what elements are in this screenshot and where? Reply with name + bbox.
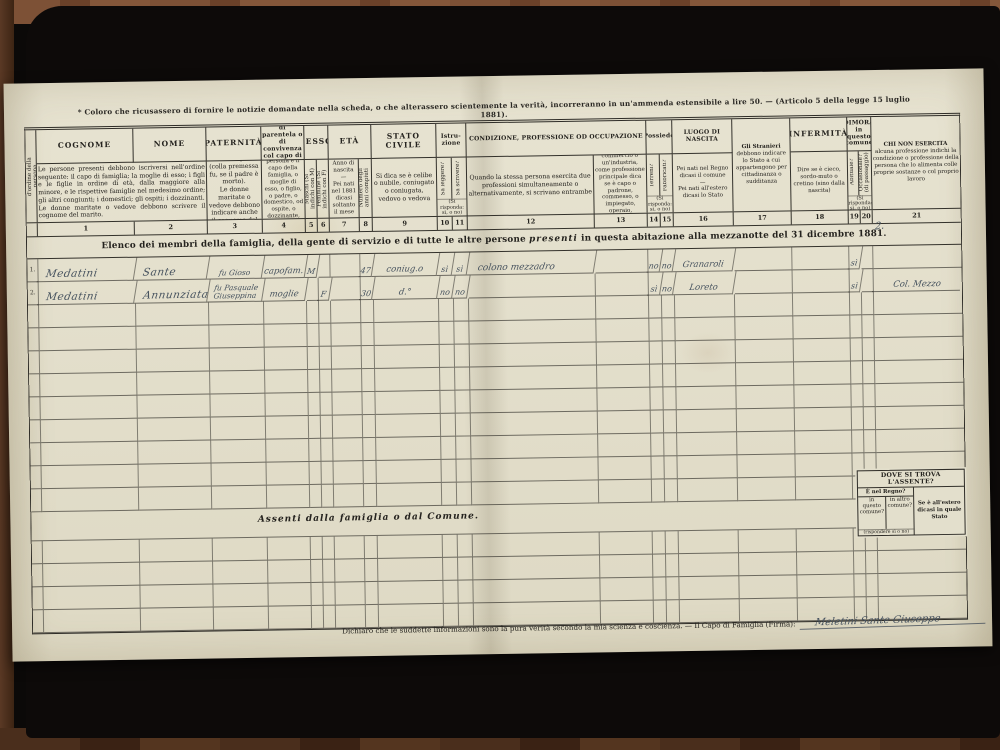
cell-paternita — [213, 561, 268, 585]
dimora-subcolumns: Abituale? Occasionale? (di passaggio) (S… — [848, 151, 873, 209]
cell-f — [319, 301, 331, 324]
cell-fabbricati — [662, 295, 675, 318]
cell-infermita — [796, 476, 853, 500]
cell-anni — [365, 536, 378, 559]
cell-chi — [875, 337, 963, 361]
cell-anno — [332, 369, 362, 392]
eta-anni-compiuti: Numero degli anni compiuti — [359, 159, 373, 217]
cell-terreni — [651, 433, 664, 456]
cell-anni — [365, 582, 378, 605]
cell-condizione — [470, 388, 597, 413]
cell-chi — [878, 550, 966, 574]
cell-scrivere — [457, 482, 472, 505]
cell-relazione — [264, 324, 307, 348]
cell-nome — [139, 487, 212, 511]
cell-condizione — [470, 342, 597, 367]
cell-m — [308, 370, 320, 393]
cell-relazione — [268, 560, 311, 584]
cell-infermita — [793, 292, 850, 316]
column-number: 6 — [318, 219, 330, 232]
cell-abituale — [851, 361, 863, 384]
cell-scrivere — [455, 367, 470, 390]
cell-m — [311, 537, 323, 560]
census-form-sheet: * Coloro che ricusassero di fornire le n… — [4, 68, 993, 661]
cell-persona — [597, 388, 650, 412]
cell-infermita — [794, 384, 851, 408]
cell-infermita — [792, 246, 849, 270]
cell-scrivere — [454, 298, 469, 321]
cell-stato — [375, 345, 440, 369]
cell-fabbricati — [665, 479, 678, 502]
cell-chi — [874, 291, 962, 315]
cell-stranieri — [737, 454, 795, 478]
cell-anni — [364, 484, 377, 507]
cell-anno — [335, 559, 365, 582]
cell-condizione — [473, 555, 600, 580]
column-number — [27, 223, 38, 236]
cell-infermita — [795, 430, 852, 454]
cell-f — [319, 324, 331, 347]
cell-persona — [595, 250, 648, 274]
cell-m — [311, 583, 323, 606]
cell-infermita — [795, 453, 852, 477]
cell-n — [32, 541, 43, 564]
cell-nome — [137, 395, 210, 419]
table-header: Numero d'ordine della persona COGNOME NO… — [25, 116, 960, 223]
cell-n — [28, 305, 39, 328]
cell-fabbricati — [662, 318, 675, 341]
cell-stato — [374, 299, 439, 323]
cell-leggere — [439, 299, 454, 322]
in-questo-comune: in questo comune? — [858, 497, 887, 529]
cell-anni — [362, 392, 375, 415]
cell-stranieri — [735, 293, 793, 317]
cell-persona — [597, 365, 650, 389]
cell-infermita — [797, 574, 854, 598]
cell-terreni — [650, 387, 663, 410]
cell-f — [323, 560, 335, 583]
cell-f — [320, 370, 332, 393]
cell-paternita — [211, 417, 266, 441]
cell-stranieri — [734, 247, 792, 271]
cell-m — [308, 393, 320, 416]
cell-f — [320, 393, 332, 416]
column-number: 15 — [661, 213, 674, 226]
cell-luogo — [675, 317, 735, 341]
cell-relazione — [268, 583, 311, 607]
dimora-occasionale: Occasionale? (di passaggio) — [859, 151, 871, 195]
cell-luogo — [677, 432, 737, 456]
cell-scrivere — [458, 534, 473, 557]
cell-stato — [377, 483, 442, 507]
cell-occasionale — [866, 574, 878, 597]
cognome-nome-instructions: Le persone presenti debbono iscriversi n… — [37, 162, 208, 223]
cell-anno — [333, 415, 363, 438]
cell-luogo — [676, 386, 736, 410]
cell-stato — [378, 581, 443, 605]
sa-scrivere: Sa scrivere? — [452, 157, 467, 198]
presenti-rows: 1.MedatiniSantefu Giosocapofam.M47coniug… — [27, 245, 965, 513]
cell-n — [32, 564, 43, 587]
cell-scrivere — [458, 580, 473, 603]
cell-terreni — [651, 410, 664, 433]
cell-abituale — [852, 407, 864, 430]
cell-anno — [335, 582, 365, 605]
cell-luogo — [679, 576, 739, 600]
col-stranieri: Gli Stranieri debbono indicare lo Stato … — [732, 118, 791, 211]
column-number: 11 — [453, 216, 468, 229]
cell-condizione: colono mezzadro — [467, 250, 598, 275]
cell-n — [31, 489, 42, 512]
cell-persona — [598, 411, 651, 435]
cell-n — [32, 587, 43, 610]
cell-anno — [333, 461, 363, 484]
cell-cognome — [43, 540, 140, 565]
cell-anno — [331, 277, 361, 300]
cell-relazione — [269, 606, 312, 630]
sa-leggere: Sa leggere? — [437, 158, 453, 199]
cell-n — [28, 328, 39, 351]
possiede-terreni: Terreni? — [647, 154, 661, 195]
col-condizione-label: CONDIZIONE, PROFESSIONE OD OCCUPAZIONE — [466, 121, 647, 158]
cell-terreni — [652, 479, 665, 502]
cell-stato: coniug.o — [372, 253, 441, 277]
cell-m — [312, 606, 324, 629]
cell-luogo — [676, 340, 736, 364]
paternita-instructions: Si indichi il nome del padre (colla prem… — [207, 161, 263, 220]
cell-infermita — [797, 528, 854, 552]
cell-leggere — [440, 368, 455, 391]
cell-f — [324, 606, 336, 629]
cell-infermita — [795, 407, 852, 431]
cell-nome: Annunziata — [134, 280, 211, 304]
cell-chi — [875, 360, 963, 384]
column-number: 19 — [849, 210, 861, 223]
cell-fabbricati — [663, 341, 676, 364]
cell-infermita — [794, 361, 851, 385]
cell-m — [309, 416, 321, 439]
cell-nome: Sante — [134, 257, 211, 281]
cell-paternita — [210, 394, 265, 418]
cell-leggere — [441, 414, 456, 437]
cell-nome — [140, 584, 213, 608]
cell-leggere — [443, 558, 458, 581]
cell-infermita — [794, 338, 851, 362]
cell-stranieri — [737, 431, 795, 455]
cell-paternita — [209, 302, 264, 326]
cell-anni — [363, 438, 376, 461]
cell-m — [310, 485, 322, 508]
cell-n — [29, 374, 40, 397]
cell-scrivere — [455, 344, 470, 367]
cell-relazione: capofam. — [262, 255, 309, 279]
cell-paternita — [210, 371, 265, 395]
cell-anni — [361, 300, 374, 323]
cell-anno — [330, 254, 360, 277]
cell-n — [29, 351, 40, 374]
estero-label: Se è all'estero dicasi in quale Stato — [914, 487, 965, 535]
cell-f — [323, 537, 335, 560]
cell-n — [30, 420, 41, 443]
cell-cognome — [42, 488, 139, 513]
col-nome-label: NOME — [133, 128, 207, 163]
cell-anno — [331, 323, 361, 346]
col-dimora-label: DIMORA in questo comune — [847, 117, 872, 151]
cell-anni — [362, 346, 375, 369]
cell-stato — [376, 460, 441, 484]
cell-anni — [365, 559, 378, 582]
cell-occasionale — [863, 361, 875, 384]
cell-nome — [140, 562, 213, 586]
cell-stranieri — [737, 408, 795, 432]
cell-cognome — [40, 350, 137, 375]
col-sesso-label: SESSO — [304, 126, 329, 160]
cell-fabbricati — [666, 577, 679, 600]
sesso-femmine: Femmine (Si indichi con F) — [317, 160, 330, 218]
cell-stranieri — [735, 316, 793, 340]
cell-leggere — [441, 460, 456, 483]
col-cognome-label: COGNOME — [36, 129, 134, 165]
cell-condizione — [469, 296, 596, 321]
cell-relazione — [267, 462, 310, 486]
cell-stranieri — [739, 575, 797, 599]
condizione-instructions: Quando la stessa persona esercita due pr… — [467, 155, 595, 215]
col-possiede-label: Possiede — [646, 120, 673, 154]
cell-anni — [363, 461, 376, 484]
cell-nome — [138, 441, 211, 465]
cell-occasionale — [866, 551, 878, 574]
cell-occasionale — [862, 292, 874, 315]
dove-si-trova-assente-box: DOVE SI TROVA L'ASSENTE? È nel Regno? in… — [857, 469, 966, 537]
cell-anni — [363, 415, 376, 438]
cell-persona — [596, 319, 649, 343]
cell-luogo — [675, 294, 735, 318]
cell-abituale — [850, 292, 862, 315]
cell-cognome — [39, 327, 136, 352]
cell-paternita — [212, 463, 267, 487]
cell-n — [30, 443, 41, 466]
cell-cognome: Medatini — [37, 258, 138, 283]
cell-infermita — [793, 269, 850, 293]
cell-f — [321, 439, 333, 462]
cell-cognome — [41, 442, 138, 467]
column-number: 3 — [208, 220, 263, 234]
cell-persona — [600, 578, 653, 602]
cell-chi — [873, 245, 961, 269]
sesso-maschi: Maschi (Si indichi con M) — [305, 160, 318, 218]
cell-scrivere — [456, 413, 471, 436]
cell-chi: Col. Mezzo — [872, 268, 964, 292]
cell-chi — [876, 406, 964, 430]
cell-infermita — [797, 551, 854, 575]
cell-relazione — [266, 416, 309, 440]
relazione-instructions: Dicasi se la persona è il capo della fam… — [262, 160, 306, 219]
cell-fabbricati — [664, 410, 677, 433]
cell-fabbricati — [666, 554, 679, 577]
cell-paternita — [211, 440, 266, 464]
cell-occasionale — [864, 430, 876, 453]
cell-relazione — [265, 393, 308, 417]
cell-relazione — [266, 439, 309, 463]
census-table: Numero d'ordine della persona COGNOME NO… — [24, 113, 968, 635]
eta-anno-nascita: Anno di nascita — Pei nati nel 1881 dica… — [329, 159, 360, 217]
cell-m — [311, 560, 323, 583]
cell-abituale — [851, 338, 863, 361]
col-istruzione-label: Istru- zione — [436, 123, 467, 157]
cell-paternita — [214, 607, 269, 631]
cell-occasionale — [862, 315, 874, 338]
cell-persona — [599, 480, 652, 504]
cell-condizione — [471, 411, 598, 436]
cell-scrivere — [458, 557, 473, 580]
cell-chi — [875, 383, 963, 407]
cell-anno — [332, 346, 362, 369]
cell-stranieri — [736, 339, 794, 363]
col-eta-label: ETÀ — [328, 125, 372, 160]
column-number: 14 — [648, 213, 661, 226]
cell-terreni — [650, 341, 663, 364]
cell-luogo — [679, 530, 739, 554]
cell-m — [309, 439, 321, 462]
cell-stranieri — [739, 529, 797, 553]
cell-condizione — [472, 480, 599, 505]
cell-leggere — [442, 483, 457, 506]
col-luogo-nascita-label: LUOGO DI NASCITA — [672, 119, 733, 154]
cell-luogo — [679, 553, 739, 577]
cell-m — [307, 301, 319, 324]
cell-scrivere — [456, 436, 471, 459]
stranieri-rest: debbono indicare lo Stato a cui apparten… — [734, 150, 790, 186]
cell-m — [309, 462, 321, 485]
cell-stato — [374, 322, 439, 346]
istruzione-caption: (Si risponda: sì, o no) — [437, 199, 466, 216]
cell-scrivere: no — [452, 275, 471, 298]
cell-leggere — [443, 535, 458, 558]
cell-stranieri — [738, 477, 796, 501]
cell-abituale — [852, 430, 864, 453]
cell-abituale — [854, 574, 866, 597]
cell-paternita: fu Gioso — [207, 256, 266, 280]
cell-anno — [334, 484, 364, 507]
cell-fabbricati — [666, 531, 679, 554]
column-number: 4 — [263, 219, 306, 233]
column-number: 20 — [861, 210, 873, 223]
cell-stranieri — [736, 385, 794, 409]
cell-f — [321, 462, 333, 485]
cell-paternita — [210, 348, 265, 372]
stato-civile-instructions: Si dica se è celibe o nubile, coniugato … — [372, 158, 438, 217]
cell-cognome — [42, 465, 139, 490]
cell-condizione — [470, 365, 597, 390]
col-infermita-label: INFERMITÀ — [790, 117, 848, 152]
column-number: 17 — [734, 211, 792, 225]
cell-anno — [332, 392, 362, 415]
cell-leggere — [443, 581, 458, 604]
cell-persona — [598, 457, 651, 481]
cell-persona — [600, 555, 653, 579]
cell-paternita — [213, 538, 268, 562]
cell-cognome — [40, 396, 137, 421]
cell-cognome — [40, 373, 137, 398]
possiede-subcolumns: Terreni? Fabbricati? (Si risponda: sì, o… — [647, 154, 674, 212]
cell-f — [321, 416, 333, 439]
column-number: 5 — [306, 219, 318, 232]
cell-m — [307, 324, 319, 347]
cell-nome — [137, 349, 210, 373]
cell-stranieri — [739, 552, 797, 576]
cell-scrivere — [455, 390, 470, 413]
cell-fabbricati — [664, 456, 677, 479]
cell-paternita — [209, 325, 264, 349]
cell-nome — [137, 372, 210, 396]
la-persona-instructions: LA PERSONA che esercita un commercio o u… — [594, 155, 648, 214]
cell-chi — [874, 314, 962, 338]
cell-luogo — [677, 455, 737, 479]
cell-anni — [362, 369, 375, 392]
cell-condizione — [469, 273, 596, 298]
cell-relazione — [265, 370, 308, 394]
cell-cognome: Medatini — [37, 281, 138, 306]
assenti-section-title: Assenti dalla famiglia o dal Comune. — [31, 508, 705, 529]
cell-stato — [376, 414, 441, 438]
la-persona-rest: che esercita un commercio o un'industria… — [595, 155, 646, 214]
infermita-instructions: Dire se è cieco, sordo-muto o cretino (s… — [791, 151, 849, 210]
cell-m — [308, 347, 320, 370]
column-number: 10 — [438, 217, 453, 230]
cell-luogo: Loreto — [673, 271, 737, 295]
cell-stato: d.° — [372, 276, 441, 300]
cell-luogo — [676, 363, 736, 387]
column-number: 13 — [595, 214, 648, 228]
cell-chi — [876, 429, 964, 453]
column-number: 2 — [135, 221, 208, 235]
cell-occasionale — [864, 407, 876, 430]
dimora-caption: (Si risponda: sì, o no) — [848, 195, 871, 210]
cell-anno — [333, 438, 363, 461]
cell-cognome — [44, 609, 141, 634]
cell-nome — [136, 303, 209, 327]
cell-n — [29, 397, 40, 420]
cell-paternita — [212, 486, 267, 510]
cell-stranieri — [735, 270, 793, 294]
col-stato-civile-label: STATO CIVILE — [371, 124, 437, 159]
cell-scrivere — [454, 321, 469, 344]
cell-occasionale — [861, 246, 873, 269]
possiede-fabbricati: Fabbricati? — [660, 154, 673, 195]
possiede-caption: (Si risponda: sì, o no) — [647, 195, 672, 212]
cell-nome — [138, 418, 211, 442]
cell-terreni — [653, 554, 666, 577]
cell-f — [322, 485, 334, 508]
cell-cognome — [43, 563, 140, 588]
cell-chi — [878, 573, 966, 597]
cell-abituale — [851, 384, 863, 407]
cell-persona — [598, 434, 651, 458]
istruzione-subcolumns: Sa leggere? Sa scrivere? (Si risponda: s… — [437, 157, 468, 215]
cell-anni — [361, 323, 374, 346]
col-paternita-label: PATERNITÀ — [206, 127, 262, 162]
cell-relazione — [265, 347, 308, 371]
cell-persona — [600, 532, 653, 556]
cell-anno — [331, 300, 361, 323]
cell-n — [33, 610, 44, 633]
cell-abituale — [854, 551, 866, 574]
cell-luogo — [678, 478, 738, 502]
cell-condizione — [471, 434, 598, 459]
cell-cognome — [41, 419, 138, 444]
cell-fabbricati — [663, 364, 676, 387]
cell-leggere — [440, 345, 455, 368]
